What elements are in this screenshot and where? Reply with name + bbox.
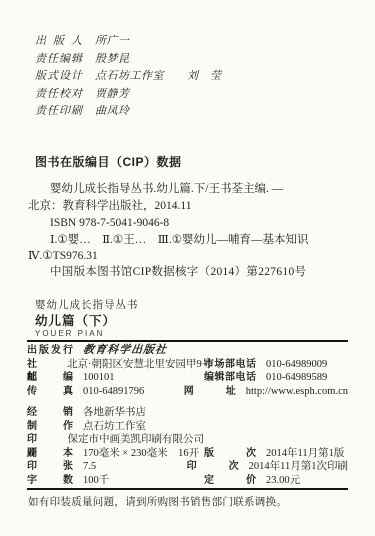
imprint-value: 100101 xyxy=(83,371,115,385)
imprint-label: 定 价 xyxy=(204,474,256,488)
imprint-label: 印 次 xyxy=(187,460,239,474)
cip-class-line1: Ⅰ.①婴… Ⅱ.①王… Ⅲ.①婴幼儿—哺育—基本知识 xyxy=(28,233,338,249)
divider-rule-top xyxy=(27,340,348,342)
imprint-label: 制 作 xyxy=(27,420,73,434)
credit-label: 出 版 人 xyxy=(35,33,82,51)
imprint-label: 版 次 xyxy=(204,447,256,461)
imprint-value: 010-64989589 xyxy=(266,371,327,385)
imprint-row: 印 刷保定市中画美凯印刷有限公司 xyxy=(27,433,348,447)
imprint-row: 社 址北京·朝阳区安慧北里安园甲9号 市场部电话010-64989009 xyxy=(27,358,348,372)
cip-entry-line2: 北京：教育科学出版社，2014.11 xyxy=(28,198,338,215)
credit-row: 责任印刷曲凤玲 xyxy=(35,103,222,121)
credit-value: 所广一 xyxy=(95,35,130,47)
imprint-row: 出版发行教育科学出版社 xyxy=(27,344,348,358)
imprint-label: 传 真 xyxy=(27,385,73,399)
imprint-row: 印 张7.5 印 次2014年11月第1次印刷 xyxy=(27,460,348,474)
imprint-label: 网 址 xyxy=(184,385,236,399)
imprint-label: 印 刷 xyxy=(27,433,58,447)
book-title-romanized: YOUER PIAN xyxy=(35,329,104,338)
credit-label: 责任校对 xyxy=(35,86,82,104)
imprint-row: 字 数100千 定 价23.00元 xyxy=(27,474,348,488)
imprint-label: 经 销 xyxy=(27,406,73,420)
imprint-row: 传 真010-64891796 网 址http://www.esph.com.c… xyxy=(27,385,348,399)
imprint-label: 市场部电话 xyxy=(204,358,256,372)
credit-value: 曲凤玲 xyxy=(95,105,130,117)
cip-heading: 图书在版编目（CIP）数据 xyxy=(35,153,182,170)
credit-value: 点石坊工作室 刘 莹 xyxy=(95,70,222,82)
credit-label: 责任印刷 xyxy=(35,103,82,121)
imprint-printing-block: 经 销各地新华书店 制 作点石坊工作室 印 刷保定市中画美凯印刷有限公司 开 本… xyxy=(27,406,348,487)
imprint-value: 点石坊工作室 xyxy=(83,420,146,434)
cip-classification: Ⅰ.①婴… Ⅱ.①王… Ⅲ.①婴幼儿—哺育—基本知识 Ⅳ.①TS976.31 xyxy=(28,233,338,264)
imprint-value: 2014年11月第1版 xyxy=(266,447,344,461)
imprint-value: http://www.esph.com.cn xyxy=(246,385,348,399)
imprint-publisher-block: 出版发行教育科学出版社 社 址北京·朝阳区安慧北里安园甲9号 市场部电话010-… xyxy=(27,344,348,398)
publisher-logotype: 教育科学出版社 xyxy=(82,344,167,358)
credit-label: 版式设计 xyxy=(35,68,82,86)
divider-rule-bottom xyxy=(27,488,348,490)
copyright-page: 出 版 人所广一 责任编辑殷梦昆 版式设计点石坊工作室 刘 莹 责任校对贾静芳 … xyxy=(0,0,375,536)
cip-entry: 婴幼儿成长指导丛书.幼儿篇.下/王书荃主编. — 北京：教育科学出版社，2014… xyxy=(28,181,338,232)
imprint-value: 北京·朝阳区安慧北里安园甲9号 xyxy=(67,358,212,372)
cip-isbn: ISBN 978-7-5041-9046-8 xyxy=(28,215,338,232)
imprint-label: 编辑部电话 xyxy=(204,371,256,385)
imprint-label: 邮 编 xyxy=(27,371,73,385)
imprint-row: 经 销各地新华书店 xyxy=(27,406,348,420)
credit-row: 版式设计点石坊工作室 刘 莹 xyxy=(35,68,222,86)
credit-row: 出 版 人所广一 xyxy=(35,33,222,51)
imprint-label: 字 数 xyxy=(27,474,73,488)
imprint-value: 7.5 xyxy=(83,460,96,474)
book-title: 幼儿篇（下） xyxy=(35,311,116,329)
imprint-value: 2014年11月第1次印刷 xyxy=(249,460,348,474)
credit-value: 殷梦昆 xyxy=(95,53,130,65)
imprint-value: 010-64891796 xyxy=(83,385,144,399)
cip-record-number: 中国版本图书馆CIP数据核字（2014）第227610号 xyxy=(50,263,306,279)
cip-class-line2: Ⅳ.①TS976.31 xyxy=(28,249,338,265)
imprint-label: 开 本 xyxy=(27,447,73,461)
staff-credits-block: 出 版 人所广一 责任编辑殷梦昆 版式设计点石坊工作室 刘 莹 责任校对贾静芳 … xyxy=(35,33,222,121)
series-title: 婴幼儿成长指导丛书 xyxy=(35,297,139,312)
credit-row: 责任编辑殷梦昆 xyxy=(35,51,222,69)
imprint-value: 保定市中画美凯印刷有限公司 xyxy=(68,433,205,447)
imprint-label: 社 址 xyxy=(27,358,57,372)
imprint-label: 印 张 xyxy=(27,460,73,474)
credit-value: 贾静芳 xyxy=(95,88,130,100)
credit-label: 责任编辑 xyxy=(35,51,82,69)
imprint-row: 制 作点石坊工作室 xyxy=(27,420,348,434)
cip-entry-line1: 婴幼儿成长指导丛书.幼儿篇.下/王书荃主编. — xyxy=(28,181,338,198)
credit-row: 责任校对贾静芳 xyxy=(35,86,222,104)
quality-note: 如有印装质量问题，请到所购图书销售部门联系调换。 xyxy=(28,494,287,509)
imprint-value: 各地新华书店 xyxy=(83,406,146,420)
imprint-value: 100千 xyxy=(83,474,109,488)
imprint-value: 170毫米 × 230毫米 16开 xyxy=(83,447,199,461)
imprint-label: 出版发行 xyxy=(27,344,73,358)
imprint-value: 010-64989009 xyxy=(266,358,327,372)
imprint-row: 邮 编100101 编辑部电话010-64989589 xyxy=(27,371,348,385)
imprint-row: 开 本170毫米 × 230毫米 16开 版 次2014年11月第1版 xyxy=(27,447,348,461)
imprint-value: 23.00元 xyxy=(266,474,300,488)
